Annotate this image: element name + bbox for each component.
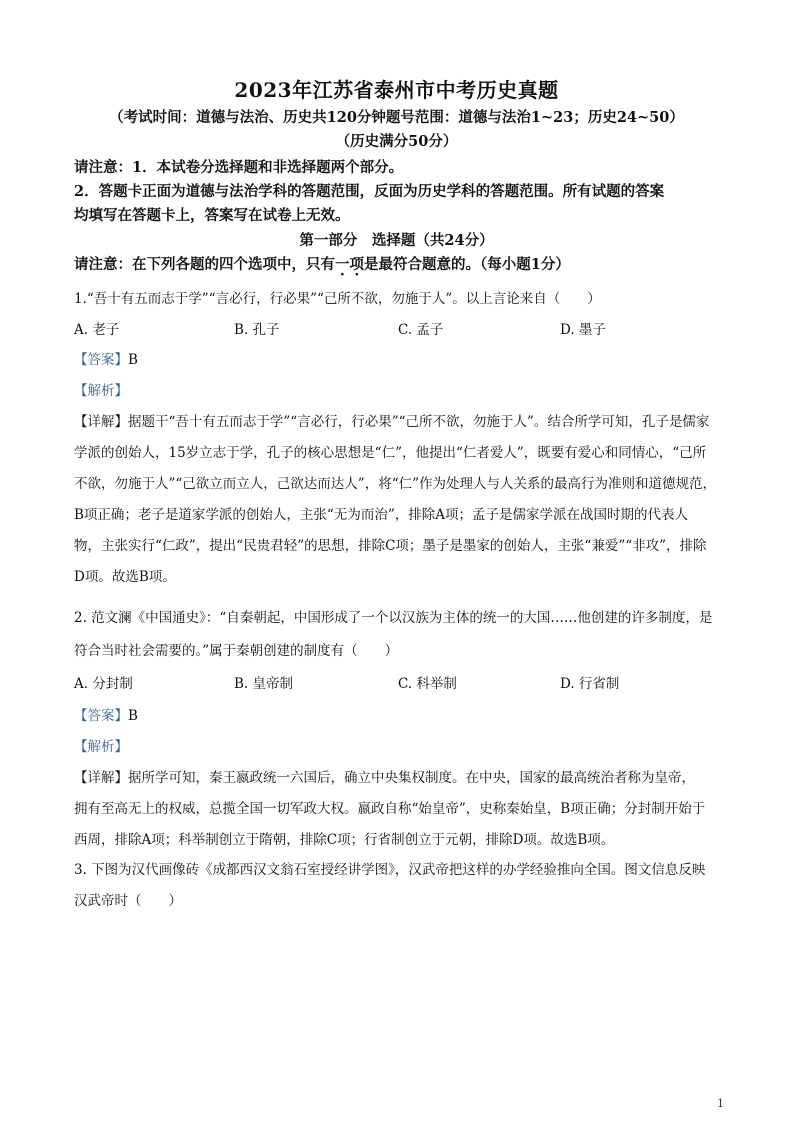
detail-text: 据题干“吾十有五而志于学”“言必行，行必果”“己所不欲，勿施于人”。结合所学可知…	[128, 414, 709, 430]
page-number: 1	[717, 1097, 724, 1110]
q1-answer: 【答案】B	[74, 348, 138, 368]
section-notice-text: 是最符合题意的。（每小题1分）	[364, 256, 570, 273]
q1-detail-line: B项正确；老子是道家学派的创始人，主张“无为而治”，排除A项；孟子是儒家学派在战…	[74, 503, 688, 523]
q2-answer: 【答案】B	[74, 704, 138, 724]
q2-option-c: C. 科举制	[398, 672, 457, 692]
answer-label: 【答案】	[74, 352, 128, 368]
question-2-stem: 2. 范文澜《中国通史》：“自秦朝起，中国形成了一个以汉族为主体的统一的大国………	[74, 606, 712, 626]
q1-option-a: A. 老子	[74, 318, 119, 338]
q2-analysis-label: 【解析】	[74, 735, 128, 755]
exam-page: 2023年江苏省泰州市中考历史真题 （考试时间：道德与法治、历史共120分钟题号…	[0, 0, 793, 1122]
q2-option-b: B. 皇帝制	[234, 672, 293, 692]
section-title: 第一部分 选择题（共24分）	[0, 229, 793, 250]
document-title: 2023年江苏省泰州市中考历史真题	[0, 74, 793, 103]
q1-detail-line: 学派的创始人，15岁立志于学，孔子的核心思想是“仁”，他提出“仁者爱人”，既要有…	[74, 441, 706, 461]
q1-detail-line: 【详解】据题干“吾十有五而志于学”“言必行，行必果”“己所不欲，勿施于人”。结合…	[74, 410, 709, 430]
q1-detail-line: 物，主张实行“仁政”，提出“民贵君轻”的思想，排除C项；墨子是墨家的创始人，主张…	[74, 534, 707, 554]
full-score-note: （历史满分50分）	[0, 130, 793, 151]
section-notice: 请注意：在下列各题的四个选项中，只有一项是最符合题意的。（每小题1分）	[74, 253, 570, 274]
question-3-stem: 3. 下图为汉代画像砖《成都西汉文翁石室授经讲学图》，汉武帝把这样的办学经验推向…	[74, 858, 705, 878]
answer-label: 【答案】	[74, 708, 128, 724]
answer-value: B	[128, 708, 138, 724]
notice-1: 请注意：1．本试卷分选择题和非选择题两个部分。	[74, 156, 403, 177]
q2-detail-line: 【详解】据所学可知，秦王嬴政统一六国后，确立中央集权制度。在中央，国家的最高统治…	[74, 766, 695, 786]
q2-option-a: A. 分封制	[74, 672, 133, 692]
answer-value: B	[128, 352, 138, 368]
notice-2-line-2: 均填写在答题卡上，答案写在试卷上无效。	[74, 204, 350, 225]
detail-label: 【详解】	[74, 770, 128, 786]
q2-detail-line: 西周，排除A项；科举制创立于隋朝，排除C项；行省制创立于元朝，排除D项。故选B项…	[74, 828, 614, 848]
section-notice-text: 请注意：在下列各题的四个选项中，只有	[74, 256, 335, 273]
q1-detail-line: 不欲，勿施于人”“己欲立而立人，己欲达而达人”，将“仁”作为处理人与人关系的最高…	[74, 472, 716, 492]
q1-option-d: D. 墨子	[560, 318, 606, 338]
q1-detail-line: D项。故选B项。	[74, 565, 176, 585]
emphasis-char: 项	[350, 256, 365, 273]
question-1-stem: 1.“吾十有五而志于学”“言必行，行必果”“己所不欲，勿施于人”。以上言论来自（…	[74, 287, 601, 307]
question-2-stem: 符合当时社会需要的。”属于秦朝创建的制度有（ ）	[74, 639, 398, 659]
q1-analysis-label: 【解析】	[74, 379, 128, 399]
q2-detail-line: 拥有至高无上的权威，总揽全国一切军政大权。嬴政自称“始皇帝”，史称秦始皇，B项正…	[74, 797, 705, 817]
question-3-stem: 汉武帝时（ ）	[74, 889, 182, 909]
q1-option-c: C. 孟子	[398, 318, 443, 338]
q2-option-d: D. 行省制	[560, 672, 619, 692]
q1-option-b: B. 孔子	[234, 318, 280, 338]
detail-label: 【详解】	[74, 414, 128, 430]
notice-2-line-1: 2．答题卡正面为道德与法治学科的答题范围，反面为历史学科的答题范围。所有试题的答…	[74, 180, 664, 201]
emphasis-char: 一	[335, 256, 350, 273]
detail-text: 据所学可知，秦王嬴政统一六国后，确立中央集权制度。在中央，国家的最高统治者称为皇…	[128, 770, 695, 786]
exam-time-note: （考试时间：道德与法治、历史共120分钟题号范围：道德与法治1~23；历史24~…	[0, 106, 793, 127]
